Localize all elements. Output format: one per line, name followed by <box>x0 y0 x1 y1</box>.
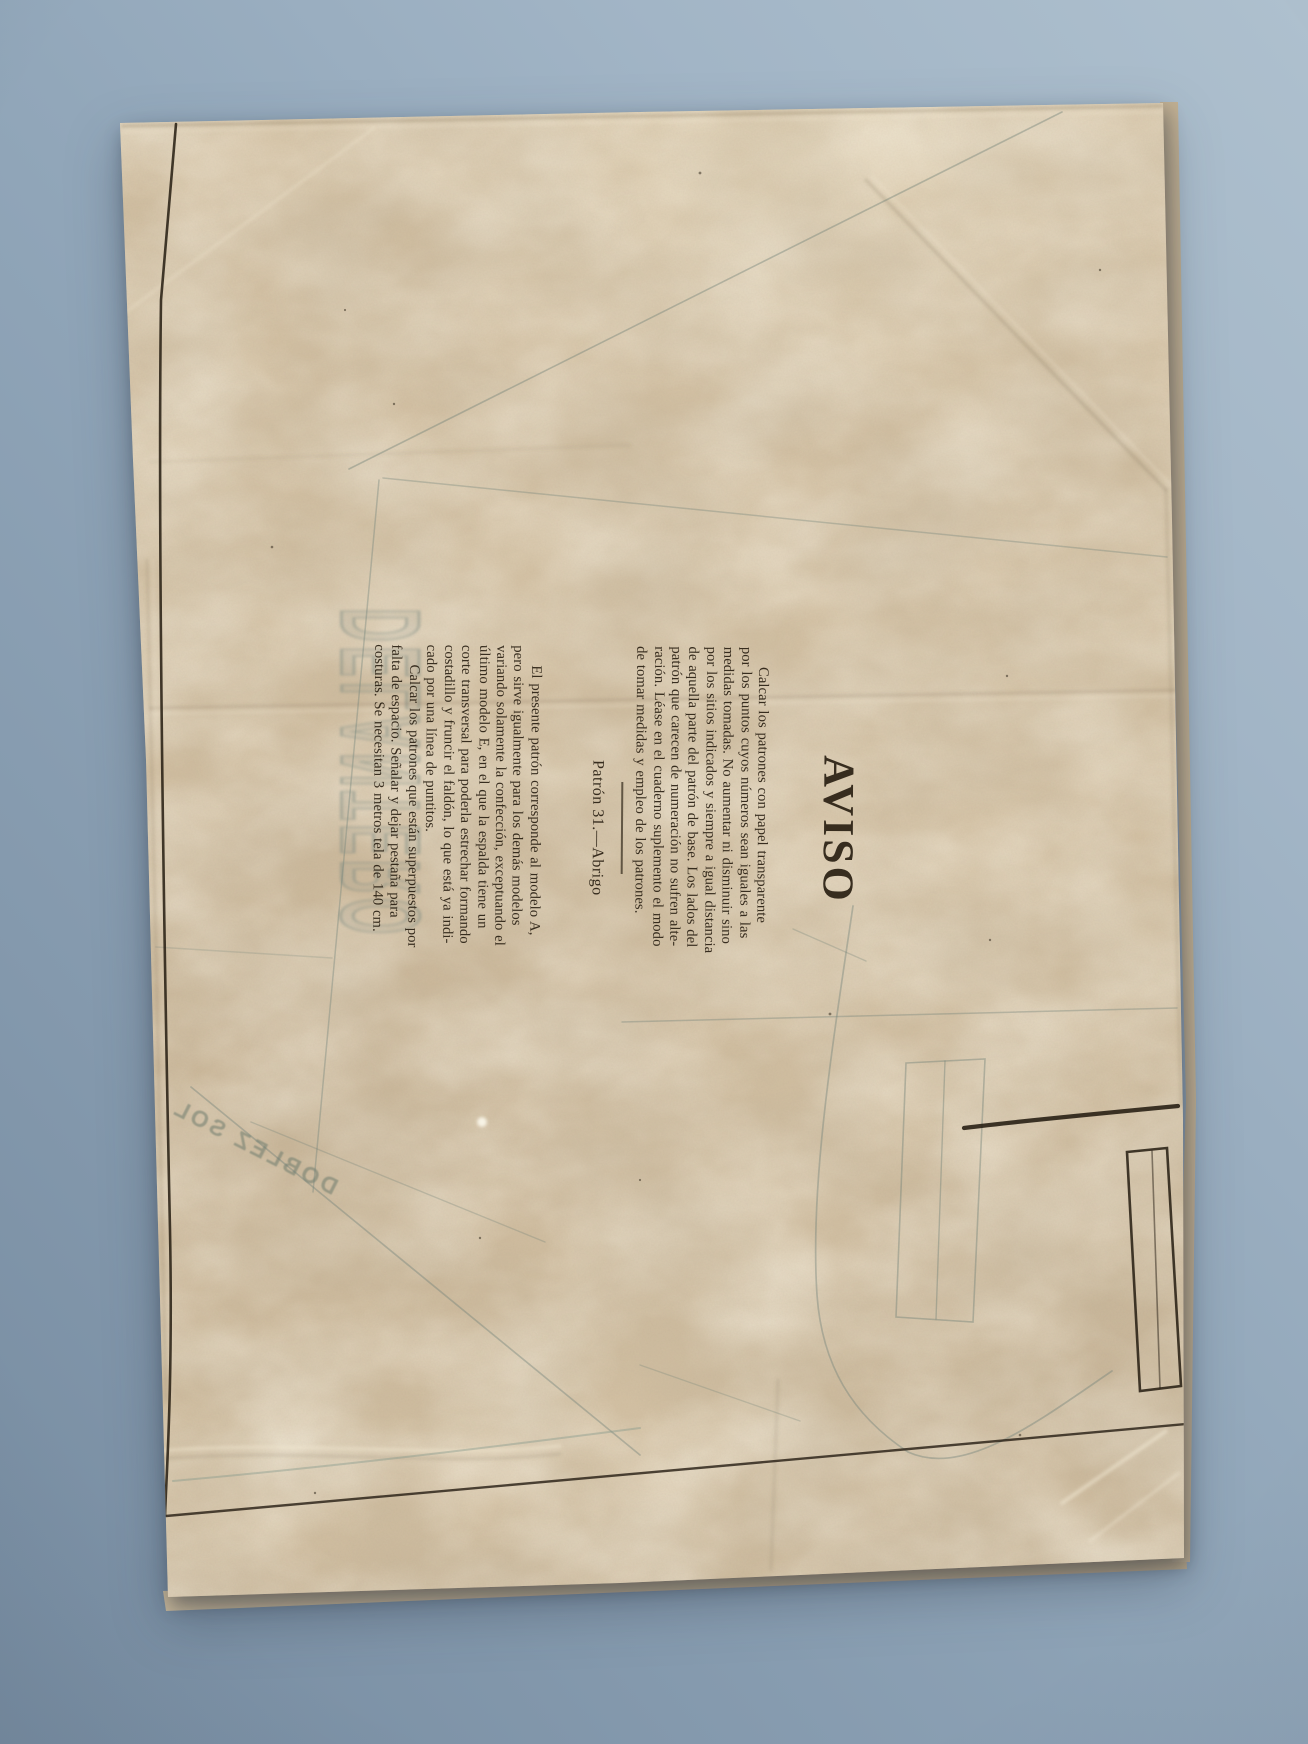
diagonal-pattern-line <box>349 112 1062 469</box>
pleat-center-line <box>936 1061 945 1319</box>
pattern-paper-sheet: DELANTERO DOBLEZ SOL <box>0 0 1308 1744</box>
cut-line-bottom <box>166 1424 1186 1516</box>
notice-heading: Patrón 31.—Abrigo <box>585 646 608 1010</box>
notice-block: AVISO Calcar los patrones con papel tran… <box>367 644 870 1011</box>
lower-diagonal-line-2 <box>251 1122 545 1242</box>
photo-of-sewing-pattern-sheet: DELANTERO DOBLEZ SOL <box>0 0 1308 1744</box>
notice-title: AVISO <box>815 647 862 1011</box>
edge-tick-line <box>156 947 332 958</box>
lower-diagonal-line-3 <box>640 1365 800 1421</box>
notice-paragraph-1: Calcar los patrones con papel transparen… <box>629 646 771 1011</box>
pocket-center-line <box>1152 1151 1160 1388</box>
notice-divider-rule <box>620 782 623 874</box>
cut-line-left <box>160 124 176 1516</box>
shoulder-pattern-line <box>383 478 1167 557</box>
pocket-rectangle-outline <box>1127 1148 1181 1391</box>
notice-paragraph-2b: Calcar los patrones que están superpuest… <box>367 644 422 1008</box>
lower-diagonal-line <box>191 1087 640 1455</box>
pattern-sheet-wrapper: DELANTERO DOBLEZ SOL <box>0 0 1308 1744</box>
hem-line-thick <box>964 1106 1178 1128</box>
notice-paragraph-2a: El presente patrón corresponde al modelo… <box>420 645 544 1010</box>
